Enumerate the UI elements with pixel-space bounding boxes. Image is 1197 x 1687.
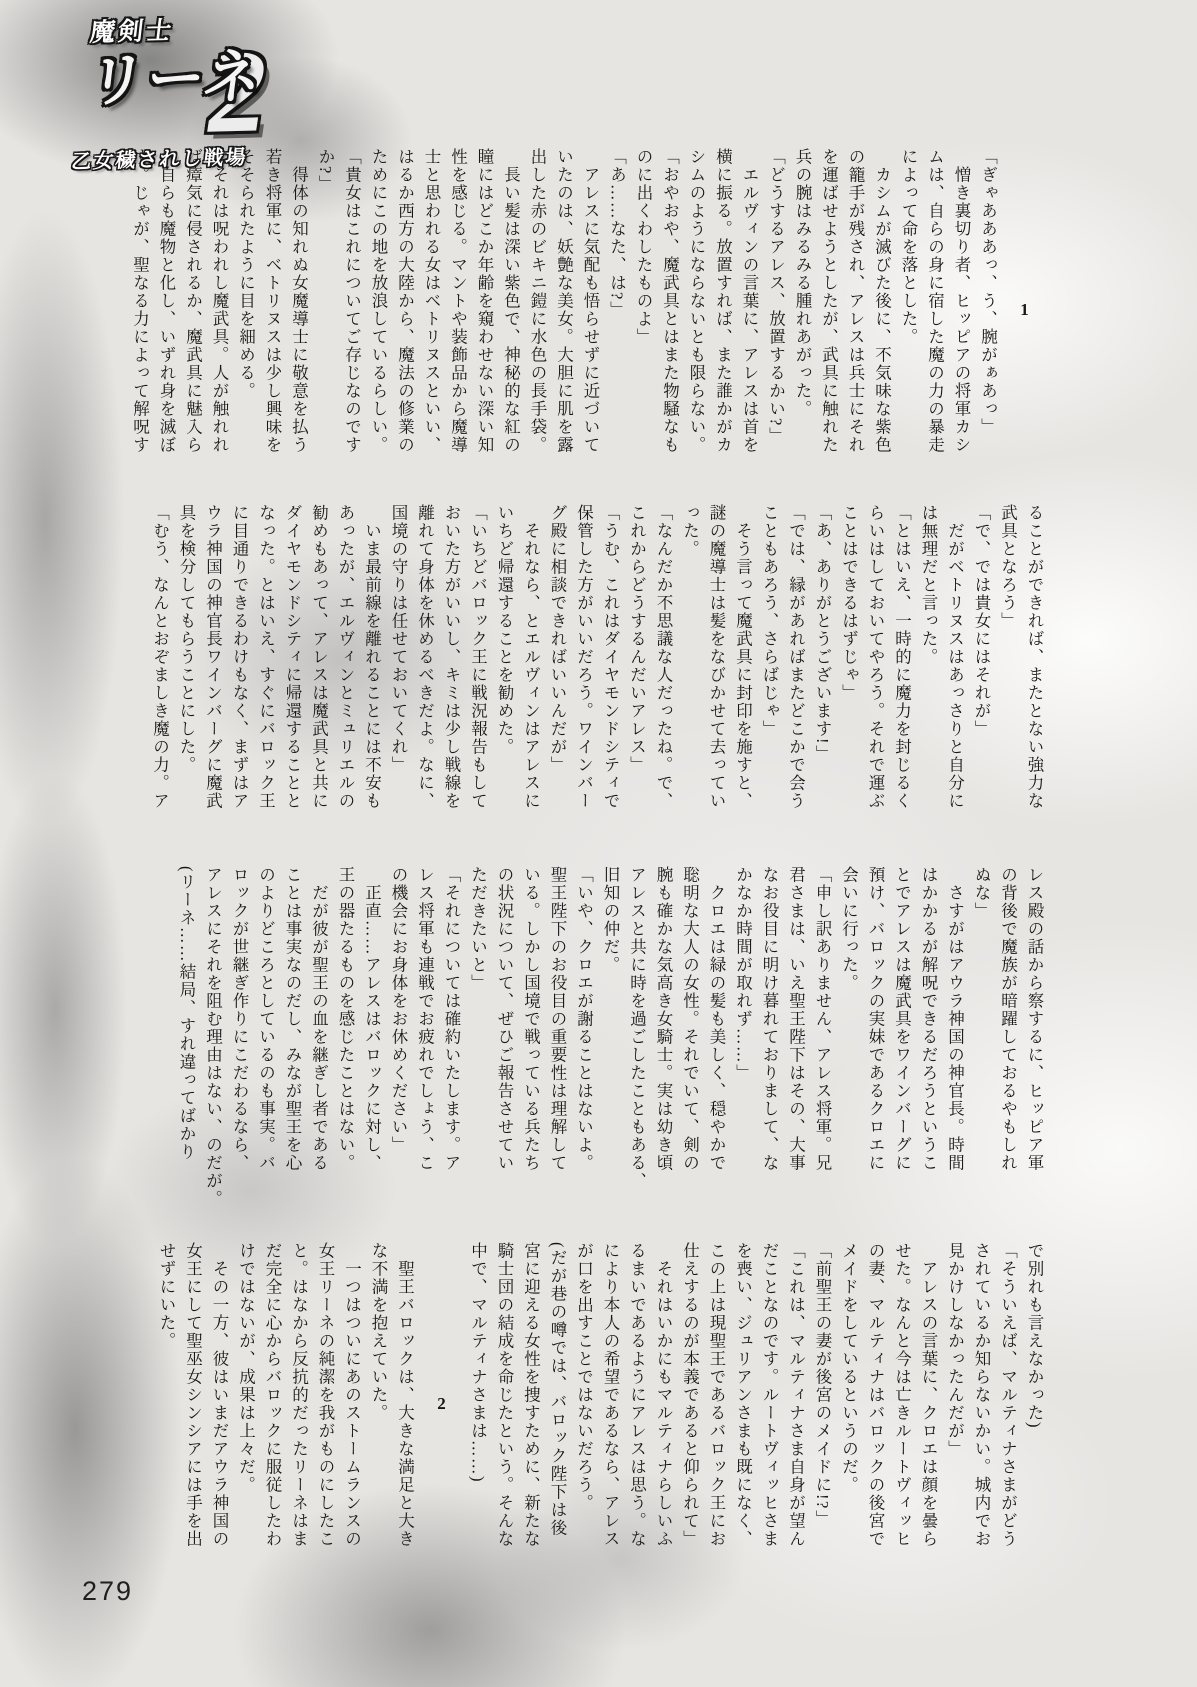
text-column: 「あ、ありがとうございます!」 — [809, 504, 836, 828]
text-column: のに出くわしたものよ」 — [630, 148, 657, 472]
text-band-3: レス殿の話から察するに、ヒッピア軍の背後で魔族が暗躍しておるやもしれぬな」 さす… — [127, 866, 1047, 1190]
logo-title: リーネ — [84, 48, 265, 111]
text-column: レス将軍も連戦でお疲れでしょう、こ — [411, 866, 438, 1190]
text-column: 女王にして聖巫女シンシアには手を出 — [179, 1242, 206, 1566]
text-column: 「とはいえ、一時的に魔力を封じるく — [888, 504, 915, 828]
text-column: 「それは呪われし魔武具。人が触れれ — [206, 148, 233, 472]
text-column: 「申し訳ありません、アレス将軍。兄 — [809, 866, 836, 1190]
text-column: 「前聖王の妻が後宮のメイドに!?」 — [809, 1242, 836, 1566]
text-column: それはいかにもマルティナらしいふ — [650, 1242, 677, 1566]
text-column: そう言って魔武具に封印を施すと、 — [729, 504, 756, 828]
text-column: ためにこの地を放浪しているらしい。 — [365, 148, 392, 472]
text-column: レス殿の話から察するに、ヒッピア軍 — [1021, 866, 1048, 1190]
text-column: 「いや、クロエが謝ることはないよ。 — [570, 866, 597, 1190]
text-band-1: 1「ぎゃあああっ、う、腕がぁあっ」 憎き裏切り者、ヒッピアの将軍カシムは、自らの… — [127, 148, 1047, 472]
text-column: グ殿に相談できればいいんだが」 — [544, 504, 571, 828]
text-column: だがベトリヌスはあっさりと自分に — [941, 504, 968, 828]
text-column: 「うむ、これはダイヤモンドシティで — [597, 504, 624, 828]
text-column: 憎き裏切り者、ヒッピアの将軍カシ — [948, 148, 975, 472]
text-column: 「どうするアレス、放置するかい?」 — [762, 148, 789, 472]
text-column: その一方、彼はいまだアウラ神国の — [206, 1242, 233, 1566]
text-column: 一つはついにあのストームランスの — [338, 1242, 365, 1566]
text-column: は無理だと言った。 — [915, 504, 942, 828]
text-column: 仕えするのが本義であると仰られて」 — [676, 1242, 703, 1566]
text-column: けではないが、成果は上々だ。 — [232, 1242, 259, 1566]
text-column: 聡明な大人の女性。それでいて、剣の — [676, 866, 703, 1190]
text-column: カシムが滅びた後に、不気味な紫色 — [868, 148, 895, 472]
text-column: 宮に迎える女性を捜すために、新たな — [517, 1242, 544, 1566]
title-logo: 魔剣士 2 リーネ 乙女穢されし戦場 — [56, 6, 340, 174]
text-column: ことはできるはずじゃ」 — [835, 504, 862, 828]
text-column: あったが、エルヴィンとミュリエルの — [332, 504, 359, 828]
text-column: 長い髪は深い紫色で、神秘的な紅の — [497, 148, 524, 472]
text-column: いる。しかし国境で戦っている兵たち — [517, 866, 544, 1190]
text-column: 「むう、なんとおぞましき魔の力。ア — [146, 504, 173, 828]
text-column: (リーネ……結局、すれ違ってばかり — [173, 866, 200, 1190]
text-column: 「いちどバロック王に戦況報告もして — [464, 504, 491, 828]
text-column: 「では、縁があればまたどこかで会う — [782, 504, 809, 828]
text-column: 女王リーネの純潔を我がものにしたこ — [312, 1242, 339, 1566]
section-heading: 1 — [1011, 148, 1038, 472]
text-column: 離れて身体を休めるべきだよ。なに、 — [411, 504, 438, 828]
text-column: のよりどころとしているのも事実。バ — [252, 866, 279, 1190]
text-column: の妻、マルティナはバロックの後宮で — [862, 1242, 889, 1566]
text-column: エルヴィンの言葉に、アレスは首を — [736, 148, 763, 472]
text-column: と。はなから反抗的だったリーネはま — [285, 1242, 312, 1566]
text-column: はかかるが解呪できるだろうというこ — [915, 866, 942, 1190]
text-column: 預け、バロックの実妹であるクロエに — [862, 866, 889, 1190]
text-column: な不満を抱えていた。 — [365, 1242, 392, 1566]
section-heading: 2 — [428, 1242, 455, 1566]
text-column: かなか時間が取れず……」 — [729, 866, 756, 1190]
text-column: 「そういえば、マルティナさまがどう — [994, 1242, 1021, 1566]
text-column: ムは、自らの身に宿した魔の力の暴走 — [921, 148, 948, 472]
text-column: った。 — [676, 504, 703, 828]
text-column: メイドをしているというのだ。 — [835, 1242, 862, 1566]
text-column: 「おやおや、魔武具とはまた物騒なも — [656, 148, 683, 472]
text-column: るまいであるようにアレスは思う。な — [623, 1242, 650, 1566]
text-column: 士と思われる女はベトリヌスといい、 — [418, 148, 445, 472]
text-band-2: ることができれば、またとない強力な武具となろう」「で、では貴女にはそれが」 だが… — [127, 504, 1047, 828]
text-column: ば瘴気に侵されるか、魔武具に魅入ら — [179, 148, 206, 472]
text-column: 騎士団の結成を命じたという。そんな — [491, 1242, 518, 1566]
logo-main: 2 リーネ — [57, 44, 339, 129]
text-column: さすがはアウラ神国の神官長。時間 — [941, 866, 968, 1190]
text-column: 「貴女はこれについてご存じなのです — [338, 148, 365, 472]
text-column: これからどうするんだいアレス」 — [623, 504, 650, 828]
text-column: こともあろう、さらばじゃ」 — [756, 504, 783, 828]
text-column: の機会にお身体をお休めください」 — [385, 866, 412, 1190]
text-column: 会いに行った。 — [835, 866, 862, 1190]
text-column: ぬな」 — [968, 866, 995, 1190]
text-column: 国境の守りは任せておいてくれ」 — [385, 504, 412, 828]
text-column: れ自らも魔物と化し、いずれ身を滅ぼ — [153, 148, 180, 472]
text-column: 若き将軍に、ベトリヌスは少し興味を — [259, 148, 286, 472]
text-column: だことなのです。ルートヴィッヒさま — [756, 1242, 783, 1566]
text-column: 「これは、マルティナさま自身が望ん — [782, 1242, 809, 1566]
text-column: す。じゃが、聖なる力によって解呪す — [126, 148, 153, 472]
text-column: 「ぎゃあああっ、う、腕がぁあっ」 — [974, 148, 1001, 472]
text-column: アレスに気配も悟らせずに近づいて — [577, 148, 604, 472]
text-column: 聖王バロックは、大きな満足と大き — [391, 1242, 418, 1566]
text-column: 兵の腕はみるみる腫れあがった。 — [789, 148, 816, 472]
text-column: 「なんだか不思議な人だったね。で、 — [650, 504, 677, 828]
text-column: ることができれば、またとない強力な — [1021, 504, 1048, 828]
text-column: 性を感じる。マントや装飾品から魔導 — [444, 148, 471, 472]
text-column: それなら、とエルヴィンはアレスに — [517, 504, 544, 828]
text-column: アレスの言葉に、クロエは顔を曇ら — [915, 1242, 942, 1566]
text-column: 正直……アレスはバロックに対し、 — [358, 866, 385, 1190]
text-column: だ完全に心からバロックに服従したわ — [259, 1242, 286, 1566]
text-column: 勧めもあって、アレスは魔武具と共に — [305, 504, 332, 828]
text-column: 王の器たるものを感じたことはない。 — [332, 866, 359, 1190]
text-column: (だが巷の噂では、バロック陛下は後 — [544, 1242, 571, 1566]
text-column: 保管した方がいいだろう。ワインバー — [570, 504, 597, 828]
text-column: 出した赤のビキニ鎧に水色の長手袋。 — [524, 148, 551, 472]
text-column: 瞳にはどこか年齢を窺わせない深い知 — [471, 148, 498, 472]
text-column: 見かけしなかったんだが」 — [941, 1242, 968, 1566]
text-column: 君さまは、いえ聖王陛下はその、大事 — [782, 866, 809, 1190]
text-column: されているか知らないかい。城内でお — [968, 1242, 995, 1566]
text-column: おいた方がいいし、キミは少し戦線を — [438, 504, 465, 828]
text-column: によって命を落とした。 — [895, 148, 922, 472]
text-column: いたのは、妖艶な美女。大胆に肌を露 — [550, 148, 577, 472]
text-column: 中で、マルティナさまは……) — [464, 1242, 491, 1566]
text-column: 「で、では貴女にはそれが」 — [968, 504, 995, 828]
text-column: ウラ神国の神官長ワインバーグに魔武 — [199, 504, 226, 828]
text-column: 具を検分してもらうことにした。 — [173, 504, 200, 828]
book-page: 魔剣士 2 リーネ 乙女穢されし戦場 1「ぎゃあああっ、う、腕がぁあっ」 憎き裏… — [0, 0, 1197, 1687]
text-column: なった。とはいえ、すぐにバロック王 — [252, 504, 279, 828]
text-band-4: で別れも言えなかった)「そういえば、マルティナさまがどうされているか知らないかい… — [127, 1242, 1047, 1566]
text-column: 腕も確かな気高き女騎士。実は幼き頃 — [650, 866, 677, 1190]
text-column: ダイヤモンドシティに帰還することと — [279, 504, 306, 828]
text-column: はるか西方の大陸から、魔法の修業の — [391, 148, 418, 472]
text-column: だが彼が聖王の血を継ぎし者である — [305, 866, 332, 1190]
text-column: の背後で魔族が暗躍しておるやもしれ — [994, 866, 1021, 1190]
text-column: 謎の魔導士は髪をなびかせて去ってい — [703, 504, 730, 828]
text-column: いま最前線を離れることには不安も — [358, 504, 385, 828]
text-column: なお役目に明け暮れておりまして、な — [756, 866, 783, 1190]
page-number: 279 — [82, 1576, 133, 1607]
text-column: そそられたように目を細める。 — [232, 148, 259, 472]
text-column: ロックが世継ぎ作りにこだわるなら、 — [226, 866, 253, 1190]
text-column: で別れも言えなかった) — [1021, 1242, 1048, 1566]
text-column: アレスと共に時を過ごしたこともある、 — [623, 866, 650, 1190]
logo-prefix: 魔剣士 — [88, 6, 338, 49]
text-column: か?」 — [312, 148, 339, 472]
text-column: 「あ……なた、は?」 — [603, 148, 630, 472]
text-column: を運ばせようとしたが、武具に触れた — [815, 148, 842, 472]
text-column: により本人の希望であるなら、アレス — [597, 1242, 624, 1566]
text-column: 「それについては確約いたします。ア — [438, 866, 465, 1190]
text-column: が口を出すことではないだろう。 — [570, 1242, 597, 1566]
text-column: 武具となろう」 — [994, 504, 1021, 828]
text-column: せずにいた。 — [153, 1242, 180, 1566]
text-column: の状況について、ぜひご報告させてい — [491, 866, 518, 1190]
text-column: 横に振る。放置すれば、また誰かがカ — [709, 148, 736, 472]
text-column: いちど帰還することを勧めた。 — [491, 504, 518, 828]
text-column: ことは事実なのだし、みなが聖王を心 — [279, 866, 306, 1190]
text-column: この上は現聖王であるバロック王にお — [703, 1242, 730, 1566]
text-column: アレスにそれを阻む理由はない、のだが。 — [199, 866, 226, 1190]
text-column: を喪い、ジュリアンさまも既になく、 — [729, 1242, 756, 1566]
text-column: とでアレスは魔武具をワインバーグに — [888, 866, 915, 1190]
text-column: クロエは緑の髪も美しく、穏やかで — [703, 866, 730, 1190]
text-column: ただきたいと」 — [464, 866, 491, 1190]
text-column: 聖王陛下のお役目の重要性は理解して — [544, 866, 571, 1190]
text-column: せた。なんと今は亡きルートヴィッヒ — [888, 1242, 915, 1566]
text-column: 旧知の仲だ。 — [597, 866, 624, 1190]
text-column: の籠手が残され、アレスは兵士にそれ — [842, 148, 869, 472]
text-column: に目通りできるわけもなく、まずはア — [226, 504, 253, 828]
text-column: らいはしておいてやろう。それで運ぶ — [862, 504, 889, 828]
text-column: 得体の知れぬ女魔導士に敬意を払う — [285, 148, 312, 472]
text-column: シムのようにならないとも限らない。 — [683, 148, 710, 472]
